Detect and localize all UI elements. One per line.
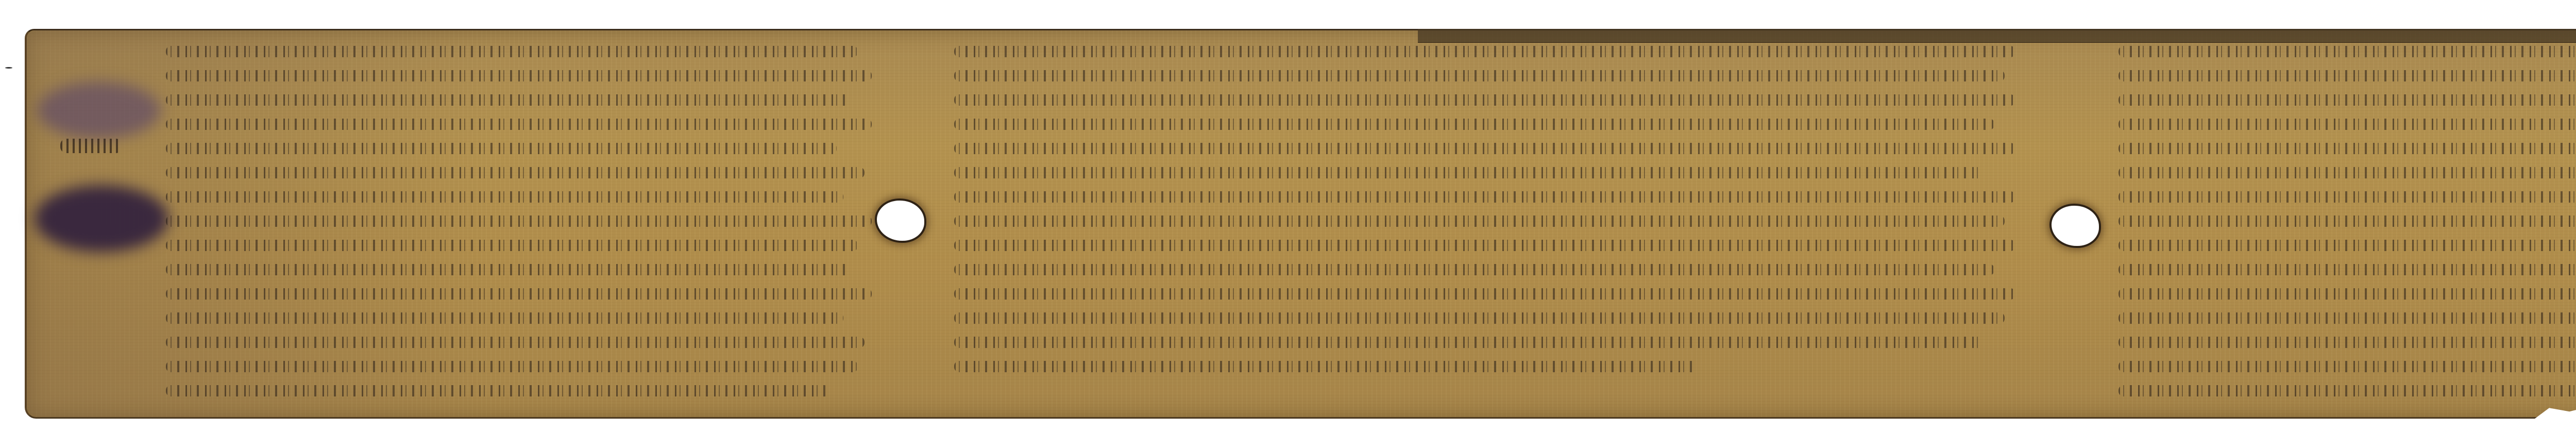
script-line (2119, 264, 2576, 275)
script-line (166, 337, 865, 348)
manuscript-scan: 2 9 9 300 (0, 0, 2576, 447)
script-line (954, 240, 2015, 251)
script-line (2119, 337, 2576, 348)
margin-note (60, 139, 122, 153)
script-line (2119, 288, 2576, 300)
script-line (166, 46, 858, 57)
script-line (954, 167, 1984, 178)
script-line (954, 143, 2015, 154)
script-line (954, 288, 2015, 300)
script-line (166, 264, 851, 275)
script-line (2119, 119, 2576, 130)
text-column-right (2119, 46, 2576, 396)
script-line (2119, 143, 2576, 154)
text-column-left (166, 46, 872, 396)
script-line (166, 119, 872, 130)
script-line (2119, 312, 2576, 324)
script-line (2119, 240, 2576, 251)
script-line (954, 119, 1994, 130)
script-line (954, 312, 2005, 324)
torn-edge (2535, 395, 2576, 419)
script-line (166, 191, 843, 203)
script-line (166, 143, 837, 154)
script-line (166, 94, 851, 106)
script-line (166, 216, 872, 227)
script-line (166, 288, 872, 300)
script-line (166, 361, 858, 372)
binding-hole-left (877, 201, 924, 241)
script-line (166, 167, 865, 178)
script-line (2119, 70, 2576, 81)
script-line (954, 216, 2005, 227)
script-line (954, 264, 1994, 275)
script-line (2119, 94, 2576, 106)
script-line (954, 337, 1984, 348)
binding-hole-right (2052, 206, 2099, 246)
scan-speck (5, 67, 12, 69)
ink-stain-lower (35, 185, 168, 252)
script-line (954, 191, 2015, 203)
script-line (954, 46, 2015, 57)
script-line (954, 94, 2015, 106)
script-line (954, 70, 2005, 81)
text-column-middle (954, 46, 2015, 396)
script-line (166, 385, 829, 396)
script-line (166, 240, 858, 251)
worn-top-edge (1418, 29, 2576, 43)
script-line (2119, 385, 2576, 396)
ink-stain-upper (37, 82, 161, 139)
palm-leaf: 2 9 9 (25, 29, 2576, 419)
script-line (166, 70, 872, 81)
script-line (2119, 167, 2576, 178)
script-line (2119, 191, 2576, 203)
script-line (2119, 46, 2576, 57)
script-line (954, 361, 1697, 372)
script-line (166, 312, 843, 324)
script-line (2119, 216, 2576, 227)
script-line (2119, 361, 2576, 372)
